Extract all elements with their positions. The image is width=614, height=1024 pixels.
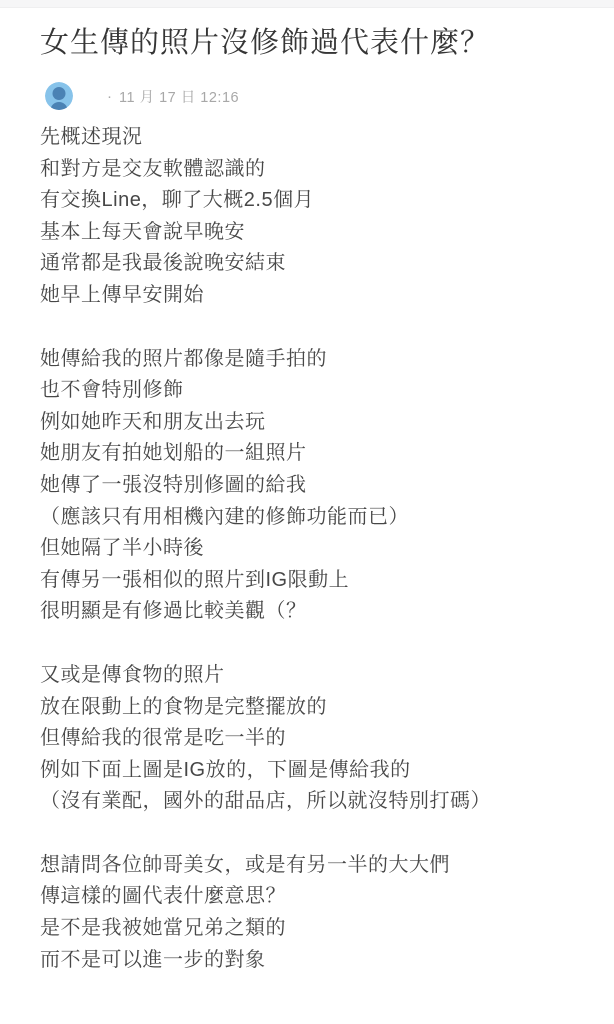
body-line: 很明顯是有修過比較美觀（？ bbox=[40, 596, 578, 628]
paragraph: 先概述現況 和對方是交友軟體認識的 有交換Line，聊了大概2.5個月 基本上每… bbox=[40, 122, 578, 312]
body-line: 基本上每天會說早晚安 bbox=[40, 217, 578, 249]
meta-separator: · bbox=[107, 88, 112, 105]
body-line: 她傳了一張沒特別修圖的給我 bbox=[40, 470, 578, 502]
paragraph: 她傳給我的照片都像是隨手拍的 也不會特別修飾 例如她昨天和朋友出去玩 她朋友有拍… bbox=[40, 344, 578, 628]
post-container: 女生傳的照片沒修飾過代表什麼？ · 11 月 17 日 12:16 先概述現況 … bbox=[0, 24, 614, 976]
body-line: 先概述現況 bbox=[40, 122, 578, 154]
anonymous-user-icon bbox=[45, 82, 73, 110]
body-line: 又或是傳食物的照片 bbox=[40, 660, 578, 692]
body-line: 她早上傳早安開始 bbox=[40, 280, 578, 312]
paragraph: 又或是傳食物的照片 放在限動上的食物是完整擺放的 但傳給我的很常是吃一半的 例如… bbox=[40, 660, 578, 818]
body-line: 放在限動上的食物是完整擺放的 bbox=[40, 692, 578, 724]
body-line: 例如下面上圖是IG放的，下圖是傳給我的 bbox=[40, 755, 578, 787]
body-line: 她朋友有拍她划船的一組照片 bbox=[40, 438, 578, 470]
body-line: 通常都是我最後說晚安結束 bbox=[40, 248, 578, 280]
body-line: 但她隔了半小時後 bbox=[40, 533, 578, 565]
body-line: 她傳給我的照片都像是隨手拍的 bbox=[40, 344, 578, 376]
body-line: 和對方是交友軟體認識的 bbox=[40, 154, 578, 186]
post-meta-row: · 11 月 17 日 12:16 bbox=[40, 82, 578, 110]
body-line: （應該只有用相機內建的修飾功能而已） bbox=[40, 502, 578, 534]
body-line: 想請問各位帥哥美女，或是有另一半的大大們 bbox=[40, 850, 578, 882]
page-title: 女生傳的照片沒修飾過代表什麼？ bbox=[40, 24, 578, 62]
post-body: 先概述現況 和對方是交友軟體認識的 有交換Line，聊了大概2.5個月 基本上每… bbox=[40, 122, 578, 976]
body-line: 有傳另一張相似的照片到IG限動上 bbox=[40, 565, 578, 597]
body-line: 而不是可以進一步的對象 bbox=[40, 945, 578, 977]
body-line: 有交換Line，聊了大概2.5個月 bbox=[40, 185, 578, 217]
body-line: 也不會特別修飾 bbox=[40, 375, 578, 407]
top-window-strip bbox=[0, 0, 614, 8]
body-line: 但傳給我的很常是吃一半的 bbox=[40, 723, 578, 755]
body-line: 是不是我被她當兄弟之類的 bbox=[40, 913, 578, 945]
paragraph: 想請問各位帥哥美女，或是有另一半的大大們 傳這樣的圖代表什麼意思？ 是不是我被她… bbox=[40, 850, 578, 976]
body-line: 例如她昨天和朋友出去玩 bbox=[40, 407, 578, 439]
body-line: （沒有業配，國外的甜品店，所以就沒特別打碼） bbox=[40, 786, 578, 818]
body-line: 傳這樣的圖代表什麼意思？ bbox=[40, 881, 578, 913]
author-avatar[interactable] bbox=[45, 82, 73, 110]
post-timestamp: 11 月 17 日 12:16 bbox=[119, 86, 239, 107]
